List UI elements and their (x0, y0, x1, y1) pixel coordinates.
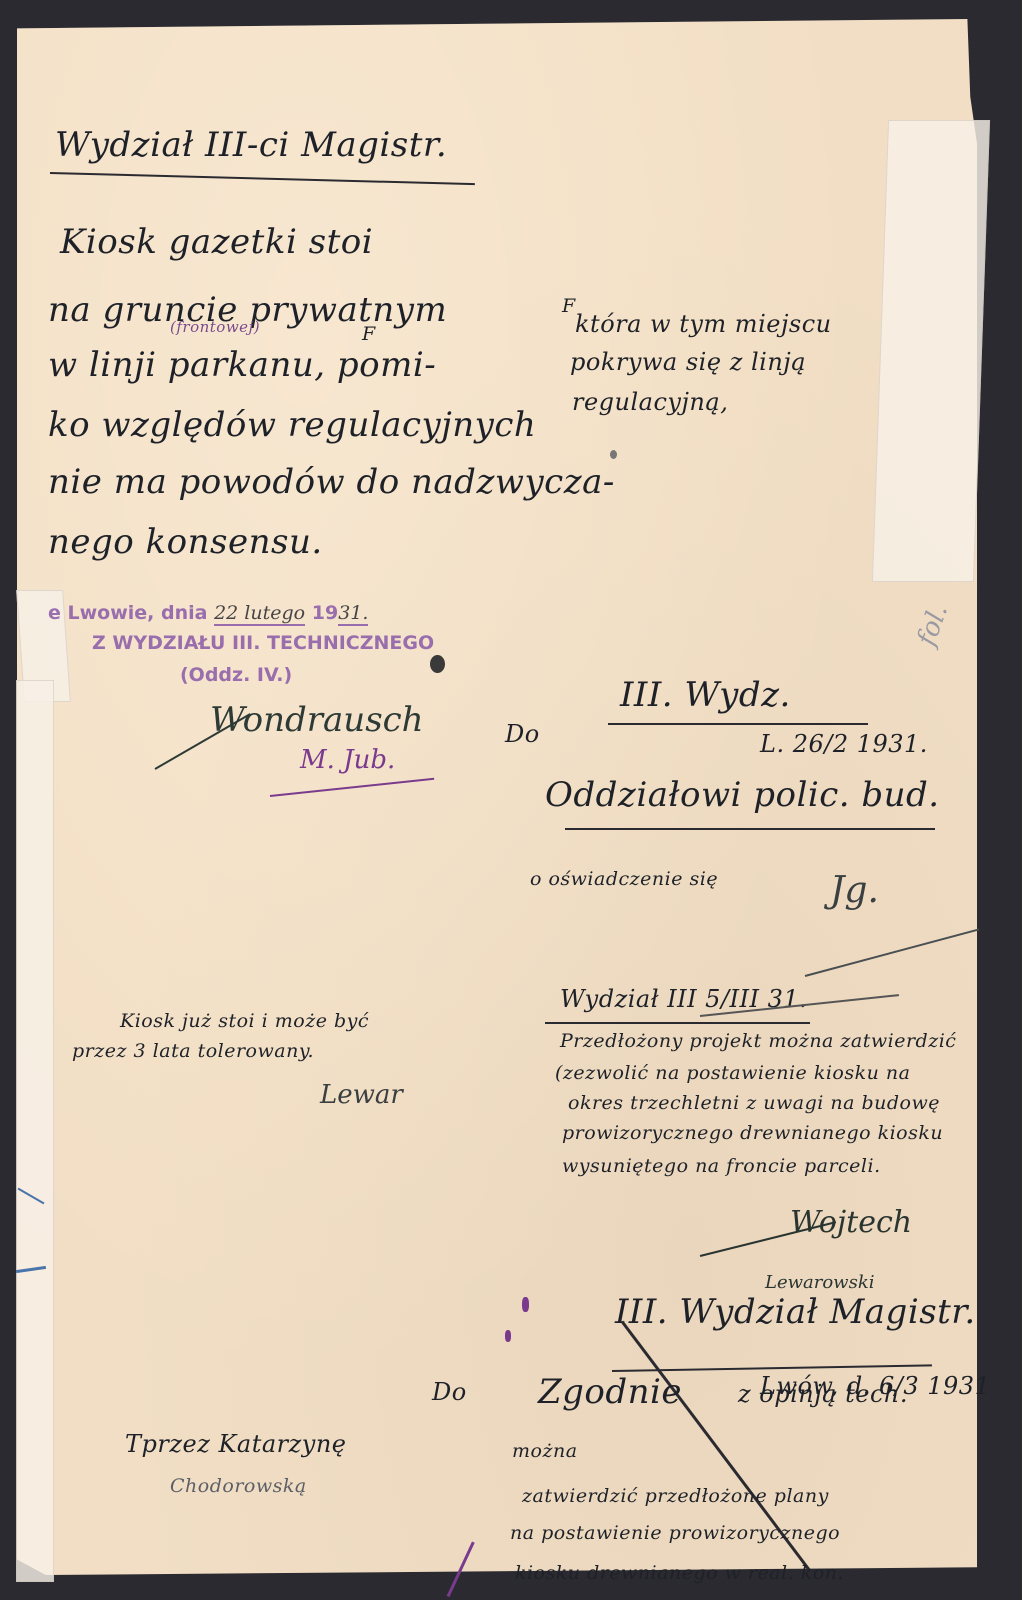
stamp-line-1: e Lwowie, dnia 22 lutego 1931. (48, 602, 368, 624)
block1-date: L. 26/2 1931. (760, 730, 928, 758)
stamp-line-2: Z WYDZIAŁU III. TECHNICZNEGO (92, 632, 434, 654)
signature-jg: Jg. (830, 870, 879, 911)
repair-tape-right (872, 120, 990, 582)
block1-line-underline (565, 828, 935, 830)
insert-mark: F (362, 323, 376, 345)
block2-heading-underline (545, 1022, 810, 1024)
block1-sub: o oświadczenie się (530, 868, 718, 890)
block1-line: Oddziałowi polic. bud. (545, 775, 940, 815)
margin-note-line: pokrywa się z linją (570, 348, 806, 376)
stamp-year-prefix: 19 (312, 602, 338, 624)
paragraph-line: nie ma powodów do nadzwycza- (48, 462, 615, 502)
bottom-line: na postawienie prowizorycznego (510, 1522, 840, 1544)
purple-ink-spot (522, 1297, 529, 1312)
stamp-city-prefix: e Lwowie, dnia (48, 602, 207, 624)
stamp-date: 22 lutego (214, 602, 305, 626)
purple-ink-spot (505, 1330, 511, 1342)
block1-prefix: Do (505, 720, 540, 748)
margin-mark: F (562, 295, 576, 317)
left-note-line: Kiosk już stoi i może być (120, 1010, 369, 1032)
margin-note-line: regulacyjną, (572, 388, 728, 416)
repair-tape-left (16, 680, 54, 1582)
ink-blot (430, 655, 445, 673)
document-title: Wydział III-ci Magistr. (55, 125, 447, 165)
stamp-line-3: (Oddz. IV.) (180, 664, 292, 686)
bottom-prefix: Do (432, 1378, 467, 1406)
insert-note: (frontowej) (170, 318, 260, 336)
margin-note-line: która w tym miejscu (575, 310, 832, 338)
paragraph-line: w linji parkanu, pomi- (48, 345, 436, 385)
signature-lewar: Lewar (320, 1080, 403, 1110)
bottom-line: Zgodnie (538, 1372, 682, 1412)
ink-spot (610, 450, 617, 459)
block3-heading: III. Wydział Magistr. (615, 1292, 976, 1332)
block2-line: okres trzechletni z uwagi na budowę (568, 1092, 940, 1114)
signature-wondrausch: Wondrausch (210, 700, 424, 740)
paragraph-line: ko względów regulacyjnych (48, 405, 536, 445)
block2-line: (zezwolić na postawienie kiosku na (555, 1062, 910, 1084)
signature-wojtech: Wojtech (790, 1205, 912, 1240)
block2-line: Przedłożony projekt można zatwierdzić (560, 1030, 956, 1052)
signature-purple: M. Jub. (300, 745, 395, 775)
bottom-line: kiosku drewnianego w real. kon. (515, 1562, 844, 1584)
bottom-left-line: Chodorowską (170, 1475, 307, 1497)
block2-line: prowizorycznego drewnianego kiosku (562, 1122, 943, 1144)
bottom-line: można (512, 1440, 578, 1462)
left-note-line: przez 3 lata tolerowany. (72, 1040, 314, 1062)
paragraph-line: nego konsensu. (48, 522, 323, 562)
bottom-line: zatwierdzić przedłożone plany (522, 1485, 829, 1507)
block2-line: wysuniętego na froncie parceli. (562, 1155, 881, 1177)
paragraph-line: Kiosk gazetki stoi (60, 222, 373, 262)
bottom-line: z opinją tech. (738, 1380, 908, 1408)
signature-lewarowski: Lewarowski (765, 1272, 875, 1293)
block1-heading-underline (608, 723, 868, 725)
block1-heading: III. Wydz. (620, 675, 791, 715)
bottom-left-line: Tprzez Katarzynę (125, 1430, 347, 1458)
stamp-year: 31. (338, 602, 368, 626)
